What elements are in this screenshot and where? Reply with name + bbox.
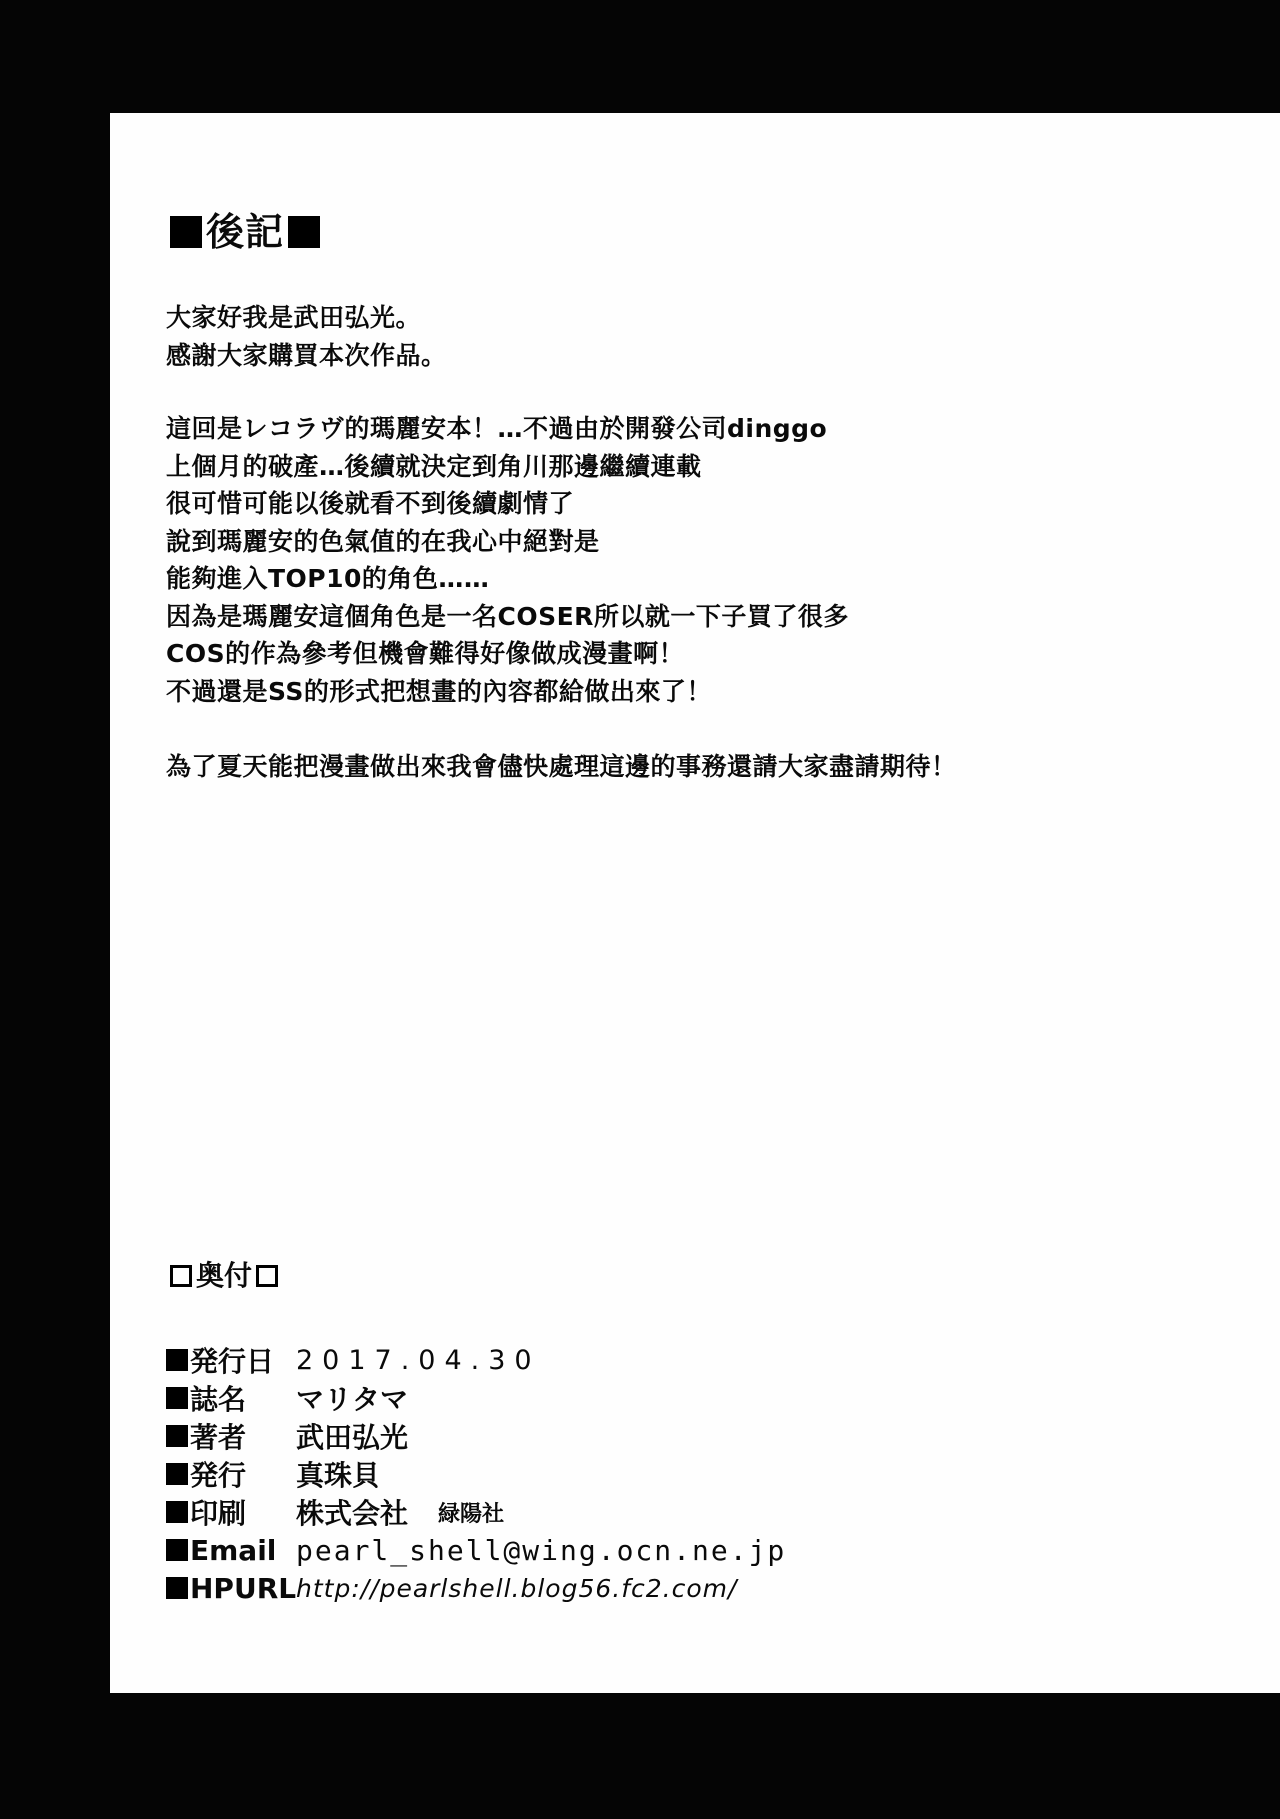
filled-square-icon <box>166 1349 188 1371</box>
row-value: 株式会社 <box>296 1492 408 1532</box>
filled-square-icon <box>166 1425 188 1447</box>
afterword-line: 為了夏天能把漫畫做出來我會儘快處理這邊的事務還請大家盡請期待！ <box>166 748 1246 786</box>
row-label: 発行日 <box>190 1340 296 1380</box>
filled-square-icon <box>166 1501 188 1523</box>
filled-square-icon <box>288 216 320 248</box>
afterword-line: 說到瑪麗安的色氣值的在我心中絕對是 <box>166 523 1246 561</box>
afterword-body: 大家好我是武田弘光。 感謝大家購買本次作品。 這回是レコラヴ的瑪麗安本！…不過由… <box>166 299 1246 786</box>
row-label: 発行 <box>190 1454 296 1494</box>
email-value: pearl_shell@wing.ocn.ne.jp <box>296 1534 786 1567</box>
scanned-page: 後記 大家好我是武田弘光。 感謝大家購買本次作品。 這回是レコラヴ的瑪麗安本！…… <box>110 113 1280 1693</box>
afterword-line: 能夠進入TOP10的角色…… <box>166 560 1246 598</box>
afterword-line: 因為是瑪麗安這個角色是一名COSER所以就一下子買了很多 <box>166 598 1246 636</box>
filled-square-icon <box>166 1387 188 1409</box>
homepage-url-value: http://pearlshell.blog56.fc2.com/ <box>296 1574 737 1603</box>
row-label: 誌名 <box>190 1378 296 1418</box>
filled-square-icon <box>166 1539 188 1561</box>
colophon-row-printer: 印刷 株式会社 緑陽社 <box>166 1493 786 1531</box>
afterword-line: 不過還是SS的形式把想畫的內容都給做出來了！ <box>166 673 1246 711</box>
colophon-table: 発行日 2017.04.30 誌名 マリタマ 著者 武田弘光 発行 真珠貝 印刷… <box>166 1341 786 1607</box>
filled-square-icon <box>166 1463 188 1485</box>
afterword-line: 這回是レコラヴ的瑪麗安本！…不過由於開發公司dinggo <box>166 410 1246 448</box>
row-subvalue: 緑陽社 <box>438 1497 504 1528</box>
filled-square-icon <box>166 1577 188 1599</box>
paragraph-gap <box>166 374 1246 410</box>
row-value: 真珠貝 <box>296 1454 380 1494</box>
row-label: Email <box>190 1534 296 1567</box>
row-value: 2017.04.30 <box>296 1345 541 1376</box>
row-value: 武田弘光 <box>296 1416 408 1456</box>
row-label: HPURL <box>190 1572 296 1605</box>
afterword-line: 很可惜可能以後就看不到後續劇情了 <box>166 485 1246 523</box>
colophon-row-email: Email pearl_shell@wing.ocn.ne.jp <box>166 1531 786 1569</box>
filled-square-icon <box>170 216 202 248</box>
colophon-heading: 奥付 <box>166 1262 282 1290</box>
colophon-row-publish-date: 発行日 2017.04.30 <box>166 1341 786 1379</box>
row-value: マリタマ <box>296 1378 408 1418</box>
empty-square-icon <box>256 1265 278 1287</box>
row-label: 印刷 <box>190 1492 296 1532</box>
colophon-row-author: 著者 武田弘光 <box>166 1417 786 1455</box>
afterword-line: COS的作為參考但機會難得好像做成漫畫啊！ <box>166 635 1246 673</box>
row-label: 著者 <box>190 1416 296 1456</box>
afterword-line: 大家好我是武田弘光。 <box>166 299 1246 337</box>
afterword-heading: 後記 <box>166 213 324 251</box>
colophon-title: 奥付 <box>196 1262 252 1290</box>
afterword-line: 上個月的破產…後續就決定到角川那邊繼續連載 <box>166 448 1246 486</box>
colophon-row-publisher: 発行 真珠貝 <box>166 1455 786 1493</box>
empty-square-icon <box>170 1265 192 1287</box>
paragraph-gap <box>166 710 1246 748</box>
afterword-title: 後記 <box>206 213 284 251</box>
colophon-row-homepage: HPURL http://pearlshell.blog56.fc2.com/ <box>166 1569 786 1607</box>
afterword-line: 感謝大家購買本次作品。 <box>166 337 1246 375</box>
colophon-row-title: 誌名 マリタマ <box>166 1379 786 1417</box>
